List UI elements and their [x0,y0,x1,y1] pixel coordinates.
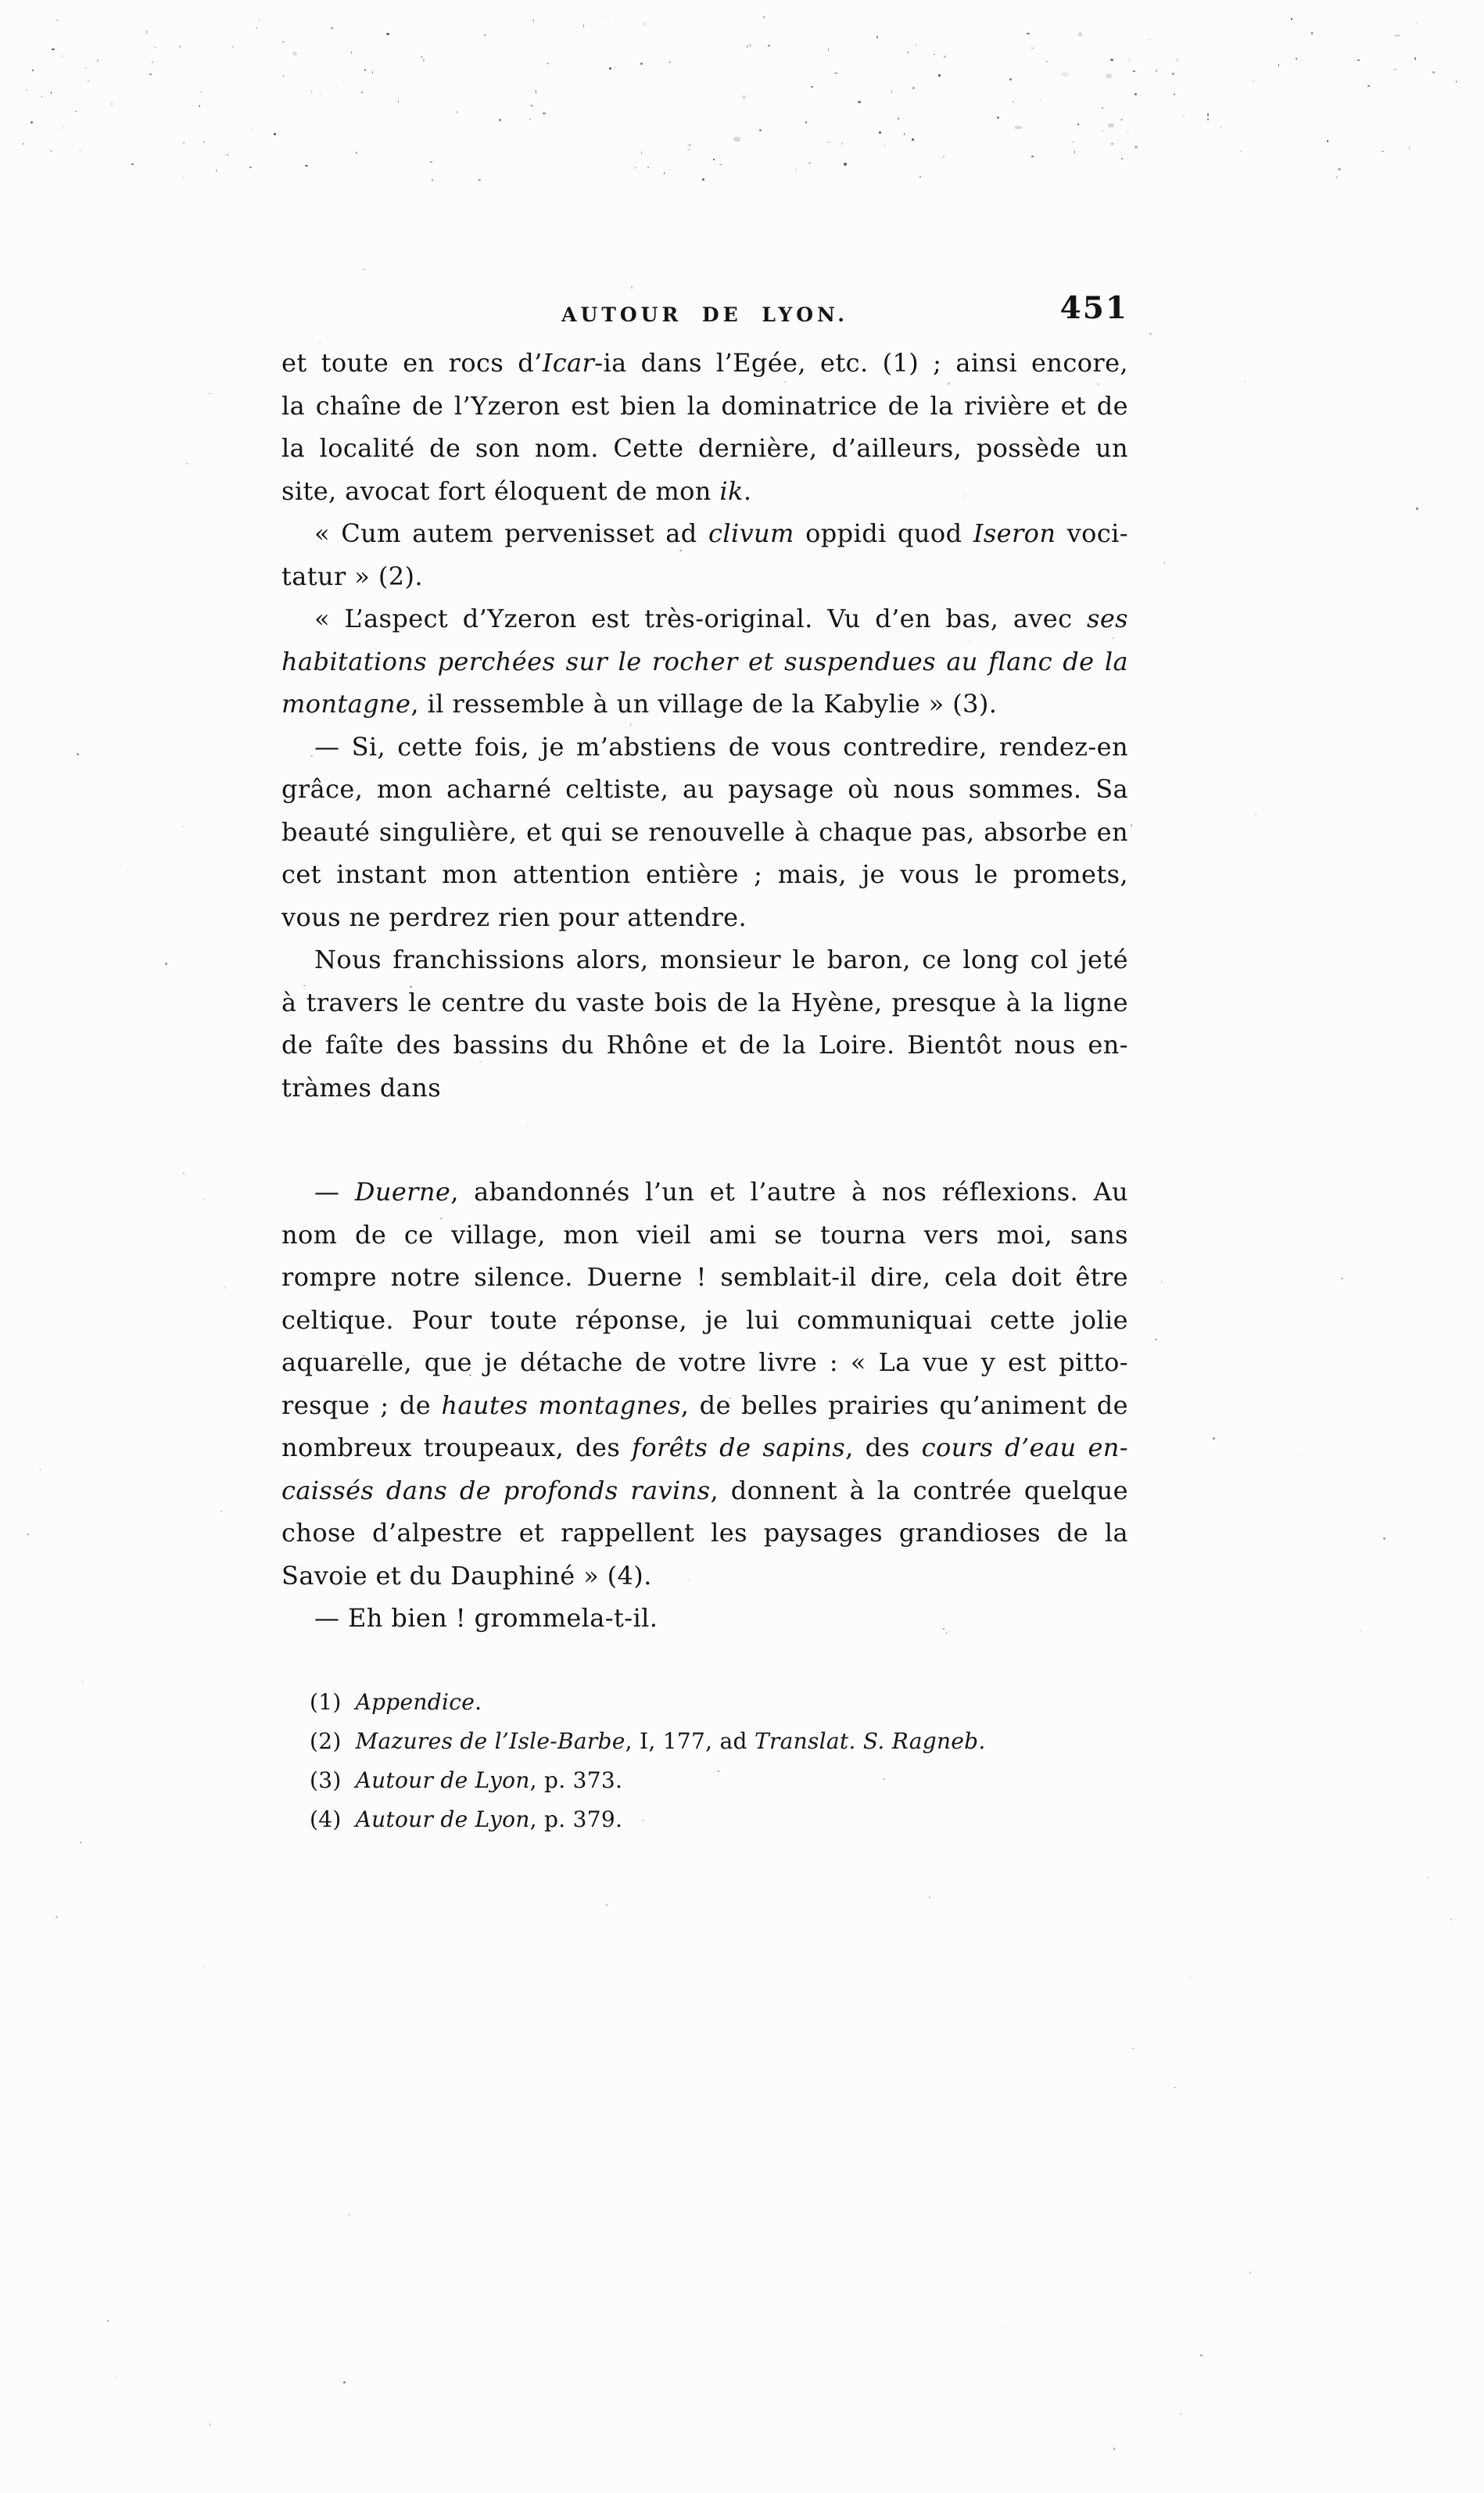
speck [1240,151,1242,152]
speck [759,129,762,131]
speck [1296,58,1296,59]
speck [884,144,886,147]
speck [689,144,691,146]
text-run: cet instant mon attention entière ; mais… [281,859,1128,889]
speck [826,142,831,143]
speck [1327,140,1328,142]
speck [199,105,200,107]
text-run: Iseron [973,518,1056,548]
text-line: vous ne perdrez rien pour attendre. [281,896,1128,939]
speck [1221,127,1221,128]
speck [361,91,363,92]
speck [152,61,153,63]
page-header: AUTOUR DE LYON. 451 [281,300,1128,339]
speck [1360,1630,1362,1632]
text-line: beauté singulière, et qui se renouvelle … [281,811,1128,854]
speck [879,131,881,134]
text-run: forêts de sapins [632,1433,845,1462]
text-run: — Si, cette fois, je m’abstiens de vous … [314,732,1128,762]
speck [1414,57,1416,59]
speck [1155,1339,1157,1340]
speck [1172,73,1174,75]
speck [305,165,308,167]
speck [97,59,99,62]
speck [1102,107,1103,109]
speck [898,117,899,119]
text-run: Nous franchissions alors, monsieur le ba… [314,945,1128,974]
speck [131,163,134,165]
text-line: habitations perchées sur le rocher et su… [281,640,1128,683]
speck [364,69,367,71]
speck [1368,85,1370,87]
text-run: et toute en rocs d’ [281,348,543,378]
speck [356,152,357,154]
speck [203,1966,204,1967]
speck [422,59,425,61]
speck [256,27,257,29]
page-number: 451 [1060,290,1128,326]
speck [23,143,24,145]
text-run: , p. 373. [530,1767,623,1793]
speck [912,138,914,141]
speck [1432,71,1435,74]
footnote-marker: (1) [310,1683,342,1722]
speck [1382,151,1384,152]
text-run: — Eh bien ! grommela-t-il. [314,1603,658,1633]
text-line: grâce, mon acharné celtiste, au paysage … [281,768,1128,811]
speck [828,48,829,51]
speck [1106,74,1113,78]
speck [82,1681,84,1682]
speck [183,1172,185,1174]
speck [220,1511,222,1512]
speck [1110,59,1113,61]
speck [1427,1877,1429,1879]
speck [1213,1437,1215,1440]
speck [165,963,167,964]
speck [1394,34,1400,37]
text-run: aquarelle, que je détache de votre livre… [281,1347,1128,1377]
speck [1409,148,1410,149]
text-run: nom de ce village, mon vieil ami se tour… [281,1220,1128,1250]
speck [201,91,202,93]
speck [1149,39,1150,41]
speck [56,20,58,21]
speck [811,86,813,88]
speck [1077,124,1079,124]
speck [1244,381,1246,382]
text-run: rompre notre silence. Duerne ! semblait-… [281,1262,1128,1292]
footnote-marker: (4) [310,1800,342,1839]
speck [669,62,671,63]
text-run: ses [1087,604,1128,633]
text-run: , de belles prairies qu’animent de [681,1390,1128,1420]
speck [283,75,284,77]
speck [27,1533,30,1536]
speck [647,167,649,167]
speck [179,45,181,48]
speck [664,172,665,174]
speck [62,56,63,57]
text-line: montagne, il ressemble à un village de l… [281,683,1128,726]
speck [77,753,79,755]
speck [186,463,188,465]
speck [742,95,746,99]
text-line: nom de ce village, mon vieil ami se tour… [281,1214,1128,1257]
speck [997,117,999,119]
paragraph: — Duerne, abandonnés l’un et l’autre à n… [281,1171,1128,1597]
speck [907,52,909,53]
speck [844,163,846,165]
speck [210,2423,210,2426]
footnotes: (1)Appendice.(2)Mazures de l’Isle-Barbe,… [310,1683,1131,1839]
speck [1255,813,1256,815]
speck [943,156,945,158]
text-run: « L’aspect d’Yzeron est très-original. V… [314,604,1087,633]
text-line: Nous franchissions alors, monsieur le ba… [281,938,1128,981]
speck [249,167,252,167]
speck [203,1198,204,1200]
speck [713,159,714,160]
running-head-title: AUTOUR DE LYON. [281,300,1128,331]
text-run: caissés dans de profonds ravins [281,1476,710,1505]
speck [805,121,807,124]
speck [1174,93,1175,95]
speck [41,96,42,97]
speck [934,54,936,56]
speck [747,45,747,48]
text-run: ik [719,476,743,506]
speck [30,121,33,123]
text-line: à travers le centre du vaste bois de la … [281,981,1128,1024]
text-run: Mazures de l’Isle-Barbe [356,1728,626,1754]
text-line: rompre notre silence. Duerne ! semblait-… [281,1256,1128,1299]
text-line: resque ; de hautes montagnes, de belles … [281,1384,1128,1427]
speck [536,90,536,92]
speck [944,56,946,58]
speck [929,1896,930,1899]
text-run: habitations perchées sur le rocher et su… [281,647,1128,676]
speck [386,33,389,35]
speck [1338,168,1341,170]
speck [149,74,152,75]
speck [331,27,332,29]
speck [1072,142,1074,143]
text-run: chose d’alpestre et rappellent les paysa… [281,1518,1128,1548]
speck [1416,508,1418,509]
speck [252,128,253,129]
speck [796,169,798,170]
speck [499,119,501,121]
speck [120,866,122,867]
speck [478,179,480,181]
speck [232,46,234,48]
speck [1161,1281,1162,1283]
scanned-page: AUTOUR DE LYON. 451 et toute en rocs d’I… [0,0,1484,2493]
text-line: celtique. Pour toute réponse, je lui com… [281,1299,1128,1342]
speck [1062,72,1067,76]
speck [749,44,751,47]
paragraph: « L’aspect d’Yzeron est très-original. V… [281,597,1128,726]
text-run: Autour de Lyon [356,1767,530,1793]
speck [1135,145,1137,148]
speck [1176,58,1179,62]
text-run: Duerne [355,1177,450,1207]
speck [530,105,533,106]
speck [543,113,545,114]
speck [363,269,365,270]
text-line: de faîte des bassins du Rhône et de la L… [281,1024,1128,1067]
speck [484,34,486,36]
text-run: oppidi quod [794,518,973,548]
text-run: celtique. Pour toute réponse, je lui com… [281,1305,1128,1335]
text-run: Icar [543,348,595,378]
speck [1336,176,1338,178]
text-line: — Eh bien ! grommela-t-il. [281,1597,1128,1640]
speck [154,47,156,48]
speck [533,20,534,21]
speck [1417,22,1418,24]
speck [1249,2272,1251,2273]
text-run: . [744,476,752,506]
text-run: , I, 177, ad [626,1728,755,1754]
speck [609,67,611,70]
speck [26,89,27,91]
speck [1132,2048,1135,2049]
speck [919,176,921,178]
speck [1111,143,1113,145]
speck [63,127,64,128]
text-line: nombreux troupeaux, des forêts de sapins… [281,1426,1128,1469]
text-line: — Duerne, abandonnés l’un et l’autre à n… [281,1171,1128,1214]
speck [1357,59,1360,61]
text-run: tatur » (2). [281,561,423,591]
speck [50,150,52,152]
speck [1278,64,1279,66]
speck [1456,81,1457,83]
speck [56,1916,58,1918]
speck [114,2377,116,2378]
speck [641,152,642,154]
text-run: voci- [1056,518,1128,548]
speck [938,74,941,76]
speck [1450,1918,1451,1921]
speck [1149,333,1152,335]
footnote: (1)Appendice. [310,1683,1131,1722]
speck [643,22,647,27]
speck [1189,1977,1191,1978]
speck [80,1842,81,1843]
speck [274,133,276,135]
text-run: , donnent à la contrée quelque [710,1476,1128,1505]
speck [1180,2413,1181,2416]
text-line: caissés dans de profonds ravins, donnent… [281,1469,1128,1512]
paragraph: « Cum autem pervenisset ad clivum oppidi… [281,512,1128,597]
speck [52,48,54,50]
speck [85,67,87,69]
speck [1133,70,1135,72]
speck [430,161,432,163]
text-run: Translat. S. Ragneb. [755,1728,986,1754]
speck [608,16,608,17]
paragraph: — Si, cette fois, je m’abstiens de vous … [281,726,1128,939]
speck [1121,158,1122,160]
speck [916,45,917,46]
speck [1183,116,1185,117]
speck [75,111,77,113]
speck [1108,124,1115,127]
speck [1078,32,1082,37]
speck [51,91,52,94]
speck [1113,2448,1115,2450]
text-run: à travers le centre du vaste bois de la … [281,988,1128,1017]
speck [432,179,434,181]
speck [1027,33,1030,34]
speck [529,119,531,120]
footnote-marker: (2) [310,1722,342,1761]
footnote: (3)Autour de Lyon, p. 373. [310,1761,1131,1800]
speck [912,87,914,89]
speck [398,101,399,103]
text-run: , p. 379. [530,1806,623,1832]
text-run: , abandonnés l’un et l’autre à nos réfle… [450,1177,1128,1207]
text-run: site, avocat fort éloquent de mon [281,476,719,506]
speck [1129,59,1130,60]
speck [351,52,352,53]
speck [1074,151,1075,153]
speck [182,142,185,144]
speck [183,177,184,178]
speck [107,2320,108,2322]
speck [763,16,765,18]
speck [1393,69,1397,70]
text-line: tràmes dans [281,1067,1128,1110]
speck [1207,113,1208,116]
speck [808,162,811,165]
body-text: et toute en rocs d’Icar-ia dans l’Egée, … [281,342,1128,1640]
text-run: tràmes dans [281,1073,441,1103]
text-line: la localité de son nom. Cette dernière, … [281,427,1128,470]
paragraph: — Eh bien ! grommela-t-il. [281,1597,1128,1640]
text-run: , il ressemble à un village de la Kabyli… [410,689,997,719]
text-run: montagne [281,689,410,719]
paragraph: et toute en rocs d’Icar-ia dans l’Egée, … [281,342,1128,512]
speck [1013,101,1013,102]
footnote: (2)Mazures de l’Isle-Barbe, I, 177, ad T… [310,1722,1131,1761]
speck [1253,81,1254,81]
text-run: vous ne perdrez rien pour attendre. [281,902,747,932]
speck [88,81,89,81]
text-run: resque ; de [281,1390,441,1420]
speck [1102,129,1105,133]
speck [203,142,205,142]
footnote-marker: (3) [310,1761,342,1800]
text-line: et toute en rocs d’Icar-ia dans l’Egée, … [281,342,1128,385]
speck [224,1286,226,1288]
speck [1207,118,1210,120]
text-run: « Cum autem pervenisset ad [314,518,708,548]
speck [1200,2355,1203,2355]
text-run: . [475,1689,482,1715]
speck [635,167,636,169]
speck [182,826,184,827]
text-run: la localité de son nom. Cette dernière, … [281,433,1128,463]
text-run: -ia dans l’Egée, etc. (1) ; ainsi encore… [594,348,1128,378]
text-run: de faîte des bassins du Rhône et de la L… [281,1030,1128,1060]
speck [876,36,877,38]
text-run: , des [845,1433,922,1462]
speck [349,2214,349,2215]
text-run: Savoie et du Dauphiné » (4). [281,1561,652,1591]
speck [1311,32,1312,34]
speck [111,103,113,105]
speck [1131,824,1132,827]
speck [204,334,205,335]
speck [1009,78,1012,81]
speck [145,30,149,34]
speck [687,149,690,150]
text-line: la chaîne de l’Yzeron est bien la domina… [281,385,1128,428]
text-run: Appendice [356,1689,475,1715]
speck [311,91,312,92]
speck [891,90,893,92]
speck [719,164,722,166]
text-line: cet instant mon attention entière ; mais… [281,853,1128,896]
speck [1297,1453,1298,1455]
text-run: beauté singulière, et qui se renouvelle … [281,817,1128,847]
speck [1031,48,1034,49]
speck [1031,156,1034,157]
speck [456,111,458,113]
speck [904,133,905,135]
text-run: grâce, mon acharné celtiste, au paysage … [281,774,1128,804]
paragraph: Nous franchissions alors, monsieur le ba… [281,938,1128,1109]
speck [292,52,297,56]
speck [1156,70,1157,72]
speck [1127,131,1128,132]
speck [421,56,423,57]
text-run: cours d’eau en- [922,1433,1128,1462]
speck [1174,2087,1176,2088]
speck [32,70,34,71]
speck [733,137,740,141]
speck [834,73,837,74]
speck [768,45,770,47]
speck [40,1469,41,1470]
text-run: — [314,1177,355,1207]
text-run: nombreux troupeaux, des [281,1433,632,1462]
speck [1383,1537,1385,1540]
speck [1135,93,1137,95]
speck [227,154,229,156]
text-line: « L’aspect d’Yzeron est très-original. V… [281,597,1128,640]
text-run: Autour de Lyon [356,1806,530,1832]
speck [80,150,81,152]
text-line: Savoie et du Dauphiné » (4). [281,1555,1128,1598]
speck [615,66,615,68]
text-line: « Cum autem pervenisset ad clivum oppidi… [281,512,1128,555]
speck [1341,1278,1343,1279]
speck [1291,18,1292,20]
speck [702,178,704,180]
text-line: chose d’alpestre et rappellent les paysa… [281,1512,1128,1555]
speck [372,71,373,74]
speck [281,1924,281,1924]
speck [261,689,262,690]
text-line: site, avocat fort éloquent de mon ik. [281,470,1128,513]
text-run: clivum [708,518,794,548]
speck [606,1904,608,1906]
